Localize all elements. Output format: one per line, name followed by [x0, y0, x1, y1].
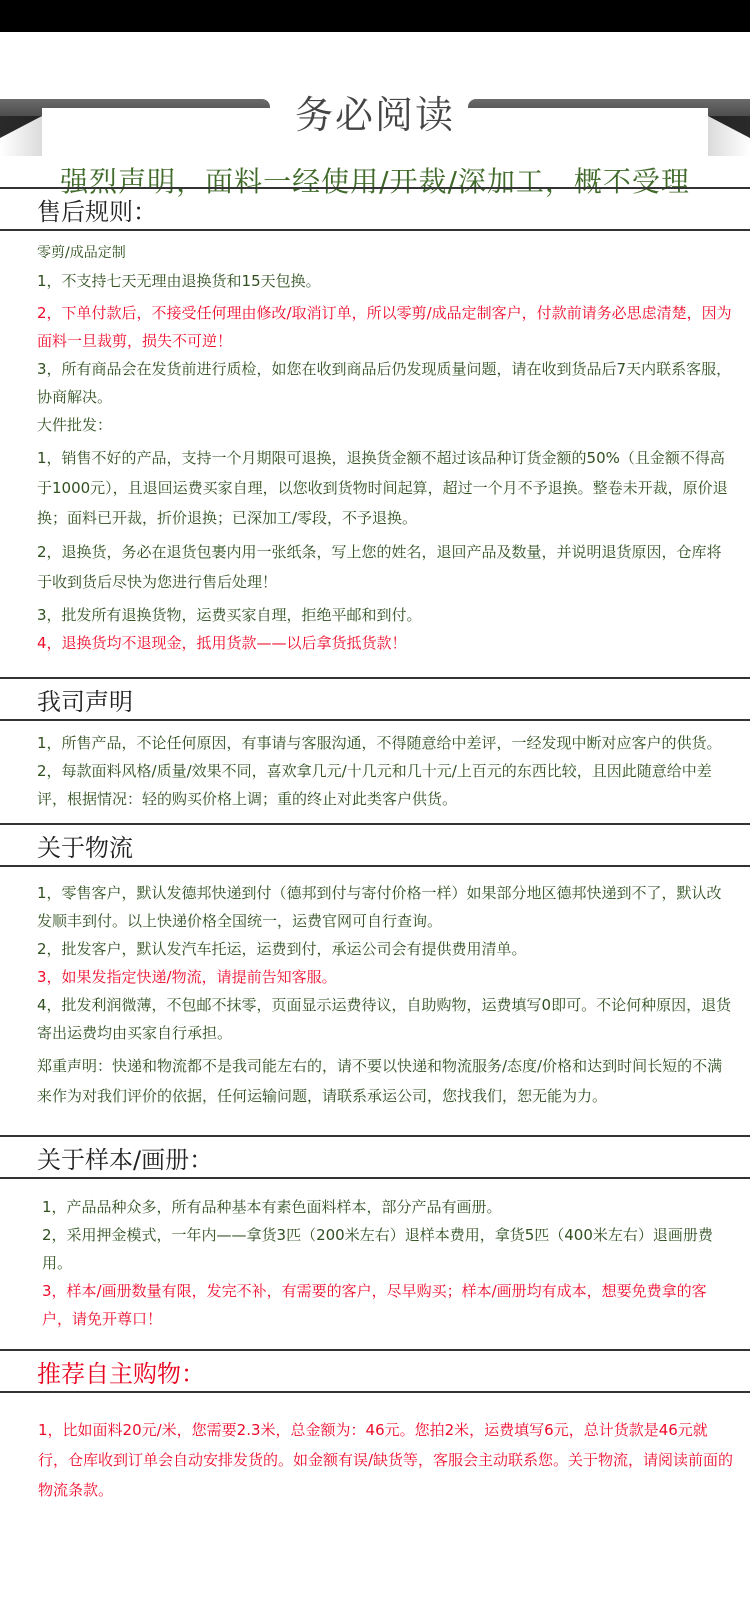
section-body: 零剪/成品定制 1，不支持七天无理由退换货和15天包换。 2，下单付款后，不接受…: [0, 231, 750, 677]
section-body: 1，产品品种众多，所有品种基本有素色面料样本，部分产品有画册。 2，采用押金模式…: [0, 1179, 750, 1349]
sample-item: 1，产品品种众多，所有品种基本有素色面料样本，部分产品有画册。: [42, 1193, 734, 1221]
statement-item: 2，每款面料风格/质量/效果不同，喜欢拿几元/十几元和几十元/上百元的东西比较，…: [37, 757, 734, 813]
section-title: 关于样本/画册：: [0, 1135, 750, 1179]
banner-title: 务必阅读: [0, 84, 750, 139]
logistics-disclaimer: 郑重声明：快递和物流都不是我司能左右的，请不要以快递和物流服务/态度/价格和达到…: [37, 1051, 734, 1111]
section-title: 我司声明: [0, 677, 750, 721]
top-black-bar: [0, 0, 750, 32]
section-body: 1，零售客户，默认发德邦快递到付（德邦到付与寄付价格一样）如果部分地区德邦快递到…: [0, 867, 750, 1135]
rule-item: 1，不支持七天无理由退换货和15天包换。: [37, 267, 734, 295]
rule-item-warning: 4，退换货均不退现金，抵用货款——以后拿货抵货款！: [37, 629, 734, 657]
rule-item: 2，退换货，务必在退货包裹内用一张纸条，写上您的姓名，退回产品及数量，并说明退货…: [37, 537, 734, 597]
subheading-retail-custom: 零剪/成品定制: [37, 239, 734, 267]
sample-item: 2，采用押金模式，一年内——拿货3匹（200米左右）退样本费用，拿货5匹（400…: [42, 1221, 734, 1277]
rule-item: 3，所有商品会在发货前进行质检，如您在收到商品后仍发现质量问题，请在收到货品后7…: [37, 355, 734, 411]
rule-item: 1，销售不好的产品，支持一个月期限可退换，退换货金额不超过该品种订货金额的50%…: [37, 443, 734, 533]
section-title: 关于物流: [0, 823, 750, 867]
logistics-item: 1，零售客户，默认发德邦快递到付（德邦到付与寄付价格一样）如果部分地区德邦快递到…: [37, 879, 734, 935]
section-title: 推荐自主购物：: [0, 1349, 750, 1393]
statement-item: 1，所售产品，不论任何原因，有事请与客服沟通，不得随意给中差评，一经发现中断对应…: [37, 729, 734, 757]
rule-item-warning: 2，下单付款后，不接受任何理由修改/取消订单，所以零剪/成品定制客户，付款前请务…: [37, 299, 734, 355]
section-company-statement: 我司声明 1，所售产品，不论任何原因，有事请与客服沟通，不得随意给中差评，一经发…: [0, 677, 750, 823]
logistics-item-warning: 3，如果发指定快递/物流，请提前告知客服。: [37, 963, 734, 991]
section-samples-catalog: 关于样本/画册： 1，产品品种众多，所有品种基本有素色面料样本，部分产品有画册。…: [0, 1135, 750, 1349]
logistics-item: 4，批发利润微薄，不包邮不抹零，页面显示运费待议，自助购物，运费填写0即可。不论…: [37, 991, 734, 1047]
logistics-item: 2，批发客户，默认发汽车托运，运费到付，承运公司会有提供费用清单。: [37, 935, 734, 963]
section-logistics: 关于物流 1，零售客户，默认发德邦快递到付（德邦到付与寄付价格一样）如果部分地区…: [0, 823, 750, 1135]
section-self-service-shopping: 推荐自主购物： 1，比如面料20元/米，您需要2.3米，总金额为：46元。您拍2…: [0, 1349, 750, 1515]
section-body: 1，所售产品，不论任何原因，有事请与客服沟通，不得随意给中差评，一经发现中断对应…: [0, 721, 750, 823]
section-title: 售后规则：: [0, 187, 750, 231]
rule-item: 3，批发所有退换货物，运费买家自理，拒绝平邮和到付。: [37, 601, 734, 629]
subheading-bulk-wholesale: 大件批发：: [37, 411, 734, 439]
sample-item-warning: 3，样本/画册数量有限，发完不补，有需要的客户，尽早购买；样本/画册均有成本，想…: [42, 1277, 734, 1333]
page-bottom-whitespace: [0, 1515, 750, 1611]
section-body: 1，比如面料20元/米，您需要2.3米，总金额为：46元。您拍2米，运费填写6元…: [0, 1393, 750, 1515]
shopping-example: 1，比如面料20元/米，您需要2.3米，总金额为：46元。您拍2米，运费填写6元…: [38, 1415, 734, 1505]
section-after-sales-rules: 售后规则： 零剪/成品定制 1，不支持七天无理由退换货和15天包换。 2，下单付…: [0, 187, 750, 677]
must-read-banner: 务必阅读 强烈声明，面料一经使用/开裁/深加工，概不受理: [0, 32, 750, 187]
